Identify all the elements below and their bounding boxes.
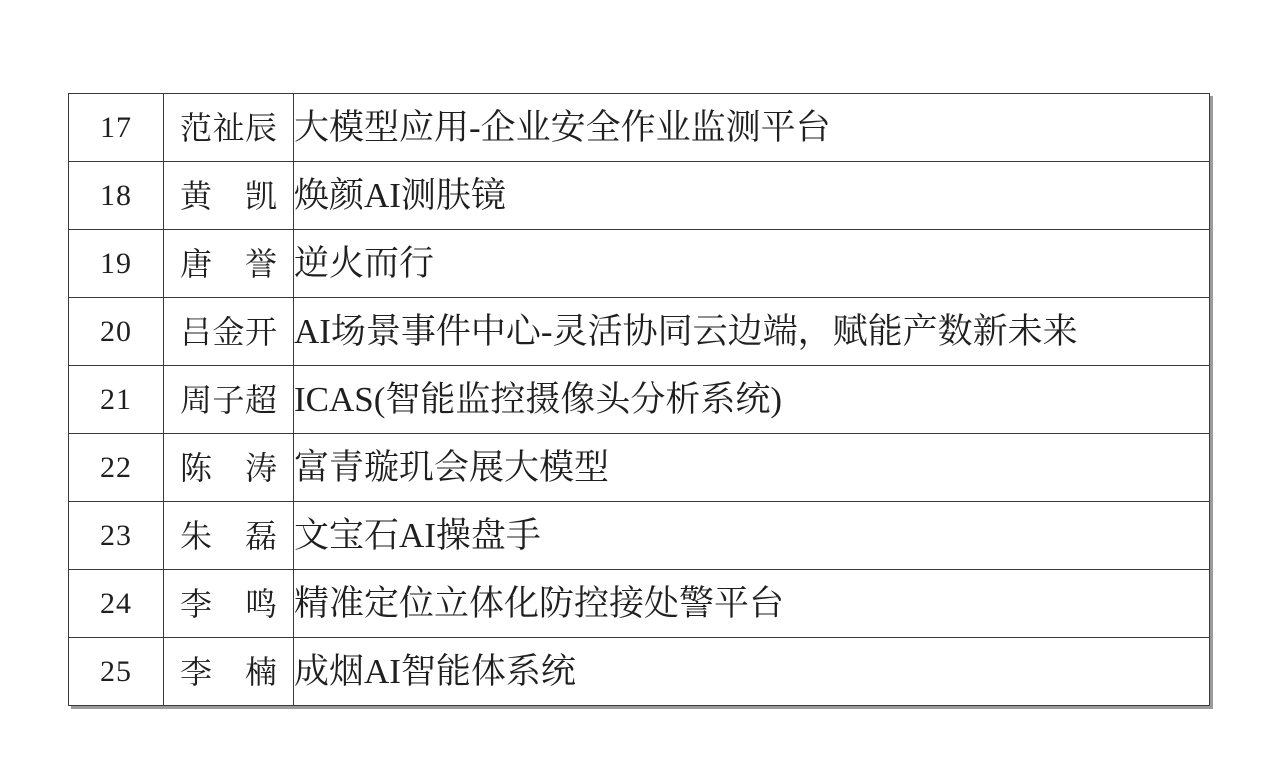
table-row: 22 陈涛 富青璇玑会展大模型 — [69, 434, 1210, 502]
table-row: 23 朱磊 文宝石AI操盘手 — [69, 502, 1210, 570]
person-name: 范祉辰 — [180, 112, 277, 144]
row-number-cell: 25 — [69, 638, 164, 706]
table-row: 21 周子超 ICAS(智能监控摄像头分析系统) — [69, 366, 1210, 434]
project-title-cell: 逆火而行 — [294, 230, 1210, 298]
project-title: 成烟AI智能体系统 — [294, 652, 576, 691]
project-title: ICAS(智能监控摄像头分析系统) — [294, 380, 782, 419]
row-number: 18 — [100, 179, 132, 212]
project-title-cell: 焕颜AI测肤镜 — [294, 162, 1210, 230]
row-number-cell: 21 — [69, 366, 164, 434]
project-title: 精准定位立体化防控接处警平台 — [294, 584, 784, 623]
person-name: 李鸣 — [180, 588, 277, 620]
row-number-cell: 18 — [69, 162, 164, 230]
person-name-cell: 陈涛 — [164, 434, 294, 502]
row-number: 17 — [100, 111, 132, 144]
project-title-cell: 大模型应用-企业安全作业监测平台 — [294, 94, 1210, 162]
row-number-cell: 17 — [69, 94, 164, 162]
person-name-cell: 周子超 — [164, 366, 294, 434]
row-number: 20 — [100, 315, 132, 348]
row-number: 23 — [100, 519, 132, 552]
person-name: 吕金开 — [180, 316, 277, 348]
project-title: 大模型应用-企业安全作业监测平台 — [294, 108, 831, 147]
table-row: 25 李楠 成烟AI智能体系统 — [69, 638, 1210, 706]
table-row: 20 吕金开 AI场景事件中心-灵活协同云边端，赋能产数新未来 — [69, 298, 1210, 366]
roster-table-container: 17 范祉辰 大模型应用-企业安全作业监测平台 18 黄凯 焕颜AI测肤镜 19… — [68, 93, 1210, 706]
person-name-cell: 朱磊 — [164, 502, 294, 570]
row-number: 25 — [100, 655, 132, 688]
project-title: 逆火而行 — [294, 244, 434, 283]
row-number: 21 — [100, 383, 132, 416]
row-number: 24 — [100, 587, 132, 620]
table-row: 17 范祉辰 大模型应用-企业安全作业监测平台 — [69, 94, 1210, 162]
project-title-cell: 文宝石AI操盘手 — [294, 502, 1210, 570]
person-name-cell: 吕金开 — [164, 298, 294, 366]
project-title-cell: ICAS(智能监控摄像头分析系统) — [294, 366, 1210, 434]
row-number: 19 — [100, 247, 132, 280]
person-name: 周子超 — [180, 384, 277, 416]
project-title: 文宝石AI操盘手 — [294, 516, 541, 555]
roster-table: 17 范祉辰 大模型应用-企业安全作业监测平台 18 黄凯 焕颜AI测肤镜 19… — [68, 93, 1210, 706]
row-number-cell: 22 — [69, 434, 164, 502]
person-name: 朱磊 — [180, 520, 277, 552]
project-title-cell: 富青璇玑会展大模型 — [294, 434, 1210, 502]
table-row: 18 黄凯 焕颜AI测肤镜 — [69, 162, 1210, 230]
project-title-cell: 成烟AI智能体系统 — [294, 638, 1210, 706]
person-name-cell: 范祉辰 — [164, 94, 294, 162]
person-name-cell: 唐誉 — [164, 230, 294, 298]
project-title-cell: 精准定位立体化防控接处警平台 — [294, 570, 1210, 638]
person-name: 唐誉 — [180, 248, 277, 280]
person-name-cell: 黄凯 — [164, 162, 294, 230]
person-name-cell: 李楠 — [164, 638, 294, 706]
project-title: AI场景事件中心-灵活协同云边端，赋能产数新未来 — [294, 312, 1078, 351]
person-name: 黄凯 — [180, 180, 277, 212]
table-row: 24 李鸣 精准定位立体化防控接处警平台 — [69, 570, 1210, 638]
table-row: 19 唐誉 逆火而行 — [69, 230, 1210, 298]
row-number: 22 — [100, 451, 132, 484]
row-number-cell: 20 — [69, 298, 164, 366]
row-number-cell: 23 — [69, 502, 164, 570]
project-title: 焕颜AI测肤镜 — [294, 176, 506, 215]
project-title-cell: AI场景事件中心-灵活协同云边端，赋能产数新未来 — [294, 298, 1210, 366]
person-name: 李楠 — [180, 656, 277, 688]
project-title: 富青璇玑会展大模型 — [294, 448, 609, 487]
person-name-cell: 李鸣 — [164, 570, 294, 638]
person-name: 陈涛 — [180, 452, 277, 484]
row-number-cell: 19 — [69, 230, 164, 298]
row-number-cell: 24 — [69, 570, 164, 638]
roster-table-body: 17 范祉辰 大模型应用-企业安全作业监测平台 18 黄凯 焕颜AI测肤镜 19… — [69, 94, 1210, 706]
